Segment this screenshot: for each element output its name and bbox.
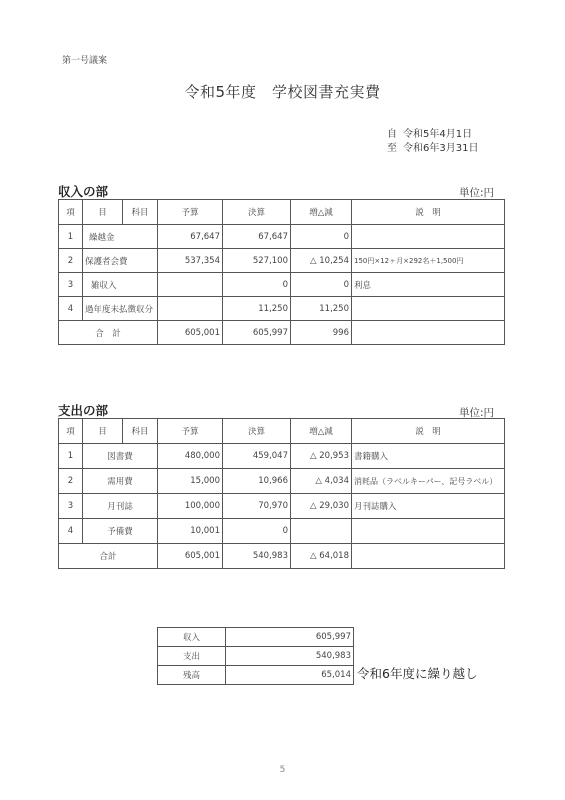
row-budget: 480,000 [158, 444, 223, 469]
header-actual: 決算 [223, 200, 291, 225]
summary-label: 残高 [158, 666, 226, 685]
table-row: 4 予備費 10,001 0 [59, 519, 505, 544]
row-no: 3 [59, 494, 83, 519]
page-number: 5 [0, 765, 565, 775]
header-no: 項 [59, 419, 83, 444]
row-note: 利息 [352, 273, 505, 297]
summary-value: 65,014 [226, 666, 354, 685]
row-actual: 0 [223, 519, 291, 544]
header-budget: 予算 [158, 200, 223, 225]
summary-row-balance: 残高 65,014 [158, 666, 354, 685]
carry-over-note: 令和6年度に繰り越し [357, 664, 477, 682]
row-no: 1 [59, 225, 83, 249]
row-actual: 527,100 [223, 249, 291, 273]
total-actual: 605,997 [223, 321, 291, 345]
row-no: 4 [59, 519, 83, 544]
total-diff: △ 64,018 [291, 544, 352, 569]
balance-summary-table: 収入 605,997 支出 540,983 残高 65,014 [157, 627, 354, 685]
header-item: 目 [83, 419, 123, 444]
row-budget: 15,000 [158, 469, 223, 494]
period-from-date: 令和5年4月1日 [403, 129, 472, 140]
summary-row-income: 収入 605,997 [158, 628, 354, 647]
summary-value: 540,983 [226, 647, 354, 666]
row-actual: 11,250 [223, 297, 291, 321]
header-item: 目 [83, 200, 123, 225]
header-note: 説 明 [352, 419, 505, 444]
total-budget: 605,001 [158, 321, 223, 345]
table-row: 1 図書費 480,000 459,047 △ 20,953 書籍購入 [59, 444, 505, 469]
row-budget: 537,354 [158, 249, 223, 273]
period-to-date: 令和6年3月31日 [403, 143, 478, 154]
row-actual: 10,966 [223, 469, 291, 494]
summary-label: 支出 [158, 647, 226, 666]
total-label: 合 計 [59, 321, 158, 345]
row-actual: 0 [223, 273, 291, 297]
row-item: 月刊誌 [83, 494, 158, 519]
row-diff: 0 [291, 273, 352, 297]
income-table: 項 目 科目 予算 決算 増△減 説 明 1 繰越金 67,647 67,647… [58, 199, 505, 345]
table-row: 1 繰越金 67,647 67,647 0 [59, 225, 505, 249]
row-diff: 11,250 [291, 297, 352, 321]
period-from: 自令和5年4月1日 [387, 128, 478, 142]
row-budget: 67,647 [158, 225, 223, 249]
row-diff: △ 4,034 [291, 469, 352, 494]
row-actual: 67,647 [223, 225, 291, 249]
row-budget: 100,000 [158, 494, 223, 519]
row-item: 図書費 [83, 444, 158, 469]
row-actual: 459,047 [223, 444, 291, 469]
table-row: 2 保護者会費 537,354 527,100 △ 10,254 150円×12… [59, 249, 505, 273]
header-note: 説 明 [352, 200, 505, 225]
row-budget: 10,001 [158, 519, 223, 544]
row-no: 2 [59, 469, 83, 494]
table-row: 2 需用費 15,000 10,966 △ 4,034 消耗品（ラベルキーパー、… [59, 469, 505, 494]
row-note: 消耗品（ラベルキーパー、記号ラベル） [352, 469, 505, 494]
row-item: 保護者会費 [83, 249, 158, 273]
total-row: 合 計 605,001 605,997 996 [59, 321, 505, 345]
header-no: 項 [59, 200, 83, 225]
row-budget [158, 297, 223, 321]
row-diff: △ 10,254 [291, 249, 352, 273]
income-header-row: 項 目 科目 予算 決算 増△減 説 明 [59, 200, 505, 225]
row-diff: △ 29,030 [291, 494, 352, 519]
table-row: 3 月刊誌 100,000 70,970 △ 29,030 月刊誌購入 [59, 494, 505, 519]
row-note: 150円×12ヶ月×292名＋1,500円 [352, 249, 505, 273]
row-diff: 0 [291, 225, 352, 249]
total-diff: 996 [291, 321, 352, 345]
row-item: 雑収入 [83, 273, 158, 297]
document-id: 第一号議案 [62, 53, 107, 66]
header-actual: 決算 [223, 419, 291, 444]
row-item: 過年度未払徴収分 [83, 297, 158, 321]
header-budget: 予算 [158, 419, 223, 444]
fiscal-period: 自令和5年4月1日 至令和6年3月31日 [387, 128, 478, 156]
row-diff: △ 20,953 [291, 444, 352, 469]
total-row: 合計 605,001 540,983 △ 64,018 [59, 544, 505, 569]
header-subject: 科目 [123, 200, 158, 225]
header-diff: 増△減 [291, 200, 352, 225]
row-note: 書籍購入 [352, 444, 505, 469]
row-diff [291, 519, 352, 544]
row-item: 需用費 [83, 469, 158, 494]
total-label: 合計 [59, 544, 158, 569]
income-section-title: 収入の部 [58, 182, 108, 200]
row-item: 予備費 [83, 519, 158, 544]
table-row: 3 雑収入 0 0 利息 [59, 273, 505, 297]
row-note [352, 225, 505, 249]
header-subject: 科目 [123, 419, 158, 444]
total-actual: 540,983 [223, 544, 291, 569]
total-note [352, 544, 505, 569]
row-no: 1 [59, 444, 83, 469]
table-row: 4 過年度未払徴収分 11,250 11,250 [59, 297, 505, 321]
summary-value: 605,997 [226, 628, 354, 647]
period-to: 至令和6年3月31日 [387, 142, 478, 156]
row-no: 3 [59, 273, 83, 297]
period-to-label: 至 [387, 142, 403, 156]
expense-section-title: 支出の部 [58, 401, 108, 419]
period-from-label: 自 [387, 128, 403, 142]
row-note [352, 297, 505, 321]
row-no: 4 [59, 297, 83, 321]
header-diff: 増△減 [291, 419, 352, 444]
row-item: 繰越金 [83, 225, 158, 249]
total-budget: 605,001 [158, 544, 223, 569]
income-unit: 単位:円 [459, 185, 494, 200]
row-no: 2 [59, 249, 83, 273]
expense-header-row: 項 目 科目 予算 決算 増△減 説 明 [59, 419, 505, 444]
row-actual: 70,970 [223, 494, 291, 519]
expense-table: 項 目 科目 予算 決算 増△減 説 明 1 図書費 480,000 459,0… [58, 418, 505, 569]
row-budget [158, 273, 223, 297]
row-note [352, 519, 505, 544]
page-title: 令和5年度 学校図書充実費 [0, 81, 565, 102]
total-note [352, 321, 505, 345]
summary-label: 収入 [158, 628, 226, 647]
summary-row-expense: 支出 540,983 [158, 647, 354, 666]
row-note: 月刊誌購入 [352, 494, 505, 519]
